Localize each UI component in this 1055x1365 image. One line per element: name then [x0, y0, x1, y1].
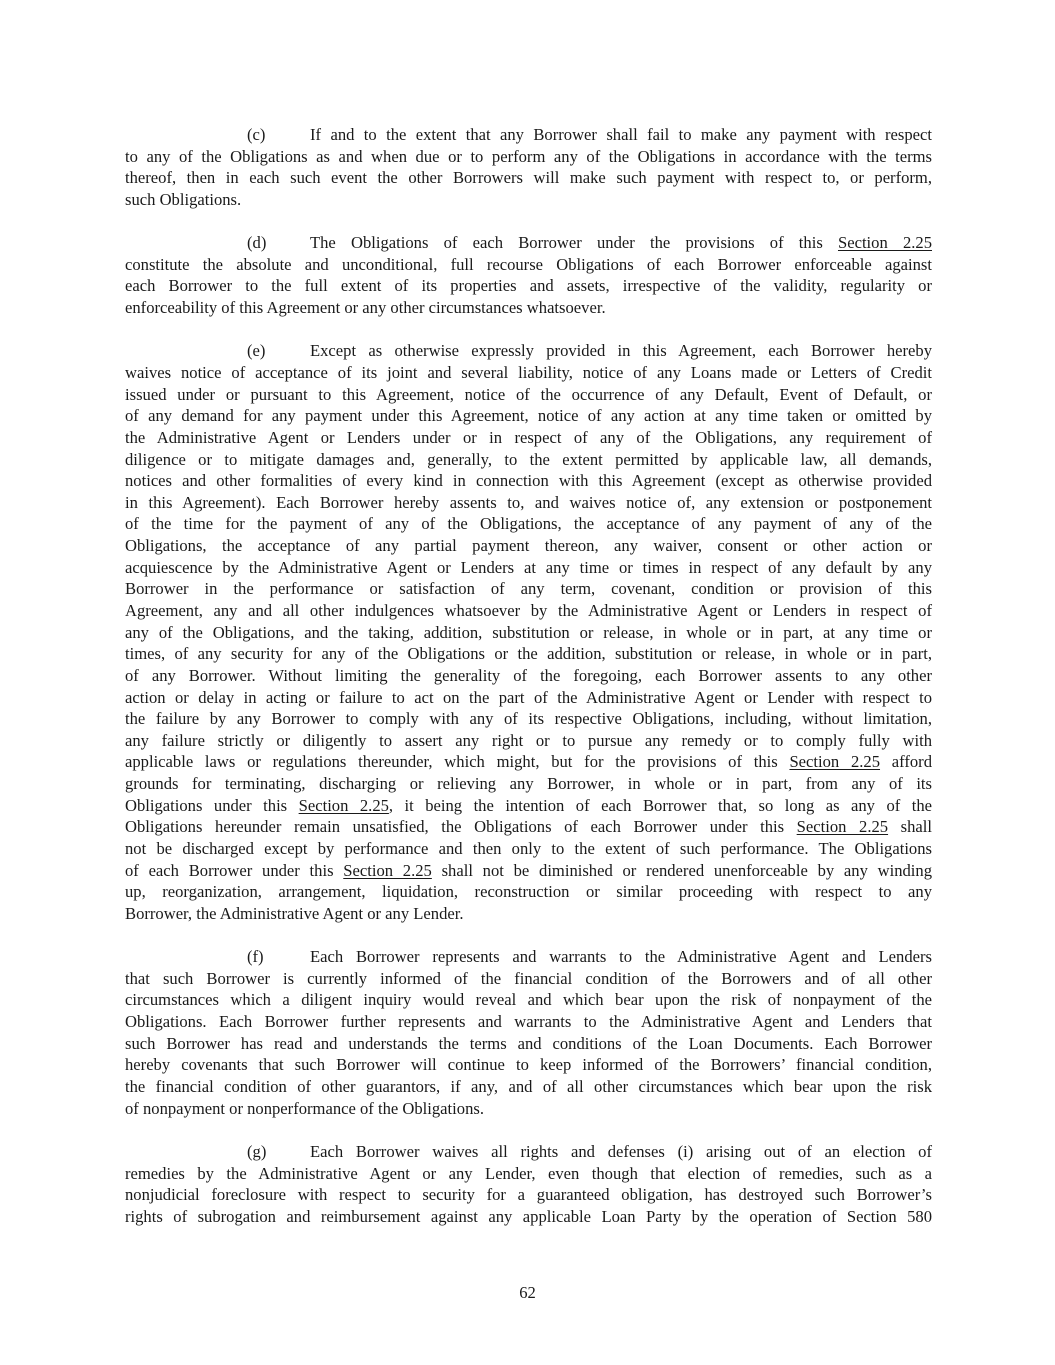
- text-line: enforceability of this Agreement or any …: [125, 297, 932, 319]
- text-line: the failure by any Borrower to comply wi…: [125, 708, 932, 730]
- line-text: The Obligations of each Borrower under t…: [310, 233, 838, 252]
- paragraph-label: (c): [247, 124, 310, 146]
- text-line: times, of any security for any of the Ob…: [125, 643, 932, 665]
- line-text: shall not be diminished or rendered unen…: [432, 861, 932, 880]
- line-text: Each Borrower represents and warrants to…: [310, 947, 932, 966]
- line-text: Obligations under this: [125, 796, 299, 815]
- paragraph-label: (f): [247, 946, 310, 968]
- line-text: such Obligations.: [125, 190, 241, 209]
- text-line: such Obligations.: [125, 189, 932, 211]
- line-text: Borrower, the Administrative Agent or an…: [125, 904, 464, 923]
- document-page: (c)If and to the extent that any Borrowe…: [125, 124, 932, 1249]
- text-line: (g)Each Borrower waives all rights and d…: [125, 1141, 932, 1163]
- line-text: any of the Obligations, and the taking, …: [125, 623, 932, 642]
- line-text: , it being the intention of each Borrowe…: [389, 796, 932, 815]
- paragraph-f: (f)Each Borrower represents and warrants…: [125, 946, 932, 1119]
- section-cross-reference: Section 2.25: [343, 861, 432, 880]
- line-text: If and to the extent that any Borrower s…: [310, 125, 932, 144]
- text-line: of any demand for any payment under this…: [125, 405, 932, 427]
- line-text: remedies by the Administrative Agent or …: [125, 1164, 932, 1183]
- line-text: grounds for terminating, discharging or …: [125, 774, 932, 793]
- text-line: action or delay in acting or failure to …: [125, 687, 932, 709]
- text-line: diligence or to mitigate damages and, ge…: [125, 449, 932, 471]
- text-line: not be discharged except by performance …: [125, 838, 932, 860]
- text-line: (c)If and to the extent that any Borrowe…: [125, 124, 932, 146]
- text-line: the financial condition of other guarant…: [125, 1076, 932, 1098]
- section-cross-reference: Section 2.25: [789, 752, 880, 771]
- text-line: of each Borrower under this Section 2.25…: [125, 860, 932, 882]
- line-text: issued under or pursuant to this Agreeme…: [125, 385, 932, 404]
- line-text: notices and other formalities of every k…: [125, 471, 932, 490]
- text-line: waives notice of acceptance of its joint…: [125, 362, 932, 384]
- paragraph-label: (d): [247, 232, 310, 254]
- text-line: grounds for terminating, discharging or …: [125, 773, 932, 795]
- line-text: circumstances which a diligent inquiry w…: [125, 990, 932, 1009]
- line-text: any failure strictly or diligently to as…: [125, 731, 932, 750]
- line-text: acquiescence by the Administrative Agent…: [125, 558, 932, 577]
- text-line: the Administrative Agent or Lenders unde…: [125, 427, 932, 449]
- text-line: of the time for the payment of any of th…: [125, 513, 932, 535]
- paragraph-c: (c)If and to the extent that any Borrowe…: [125, 124, 932, 211]
- text-line: remedies by the Administrative Agent or …: [125, 1163, 932, 1185]
- line-text: diligence or to mitigate damages and, ge…: [125, 450, 932, 469]
- section-cross-reference: Section 2.25: [299, 796, 389, 815]
- section-cross-reference: Section 2.25: [838, 233, 932, 252]
- text-line: hereby covenants that such Borrower will…: [125, 1054, 932, 1076]
- page-number: 62: [0, 1282, 1055, 1303]
- text-line: each Borrower to the full extent of its …: [125, 275, 932, 297]
- line-text: Borrower in the performance or satisfact…: [125, 579, 932, 598]
- line-text: that such Borrower is currently informed…: [125, 969, 932, 988]
- line-text: Obligations hereunder remain unsatisfied…: [125, 817, 797, 836]
- line-text: of the time for the payment of any of th…: [125, 514, 932, 533]
- line-text: of nonpayment or nonperformance of the O…: [125, 1099, 484, 1118]
- line-text: the financial condition of other guarant…: [125, 1077, 932, 1096]
- line-text: Obligations, the acceptance of any parti…: [125, 536, 932, 555]
- text-line: in this Agreement). Each Borrower hereby…: [125, 492, 932, 514]
- line-text: Each Borrower waives all rights and defe…: [310, 1142, 932, 1161]
- line-text: Except as otherwise expressly provided i…: [310, 341, 932, 360]
- text-line: Borrower, the Administrative Agent or an…: [125, 903, 932, 925]
- text-line: up, reorganization, arrangement, liquida…: [125, 881, 932, 903]
- line-text: nonjudicial foreclosure with respect to …: [125, 1185, 932, 1204]
- line-text: action or delay in acting or failure to …: [125, 688, 932, 707]
- line-text: the Administrative Agent or Lenders unde…: [125, 428, 932, 447]
- text-line: circumstances which a diligent inquiry w…: [125, 989, 932, 1011]
- text-line: such Borrower has read and understands t…: [125, 1033, 932, 1055]
- text-line: that such Borrower is currently informed…: [125, 968, 932, 990]
- paragraph-g: (g)Each Borrower waives all rights and d…: [125, 1141, 932, 1228]
- line-text: shall: [888, 817, 932, 836]
- section-cross-reference: Section 2.25: [797, 817, 888, 836]
- text-line: thereof, then in each such event the oth…: [125, 167, 932, 189]
- line-text: each Borrower to the full extent of its …: [125, 276, 932, 295]
- text-line: (f)Each Borrower represents and warrants…: [125, 946, 932, 968]
- text-line: rights of subrogation and reimbursement …: [125, 1206, 932, 1228]
- paragraph-label: (e): [247, 340, 310, 362]
- text-line: (d)The Obligations of each Borrower unde…: [125, 232, 932, 254]
- text-line: Obligations under this Section 2.25, it …: [125, 795, 932, 817]
- line-text: up, reorganization, arrangement, liquida…: [125, 882, 932, 901]
- line-text: applicable laws or regulations thereunde…: [125, 752, 789, 771]
- paragraph-e: (e)Except as otherwise expressly provide…: [125, 340, 932, 924]
- text-line: of nonpayment or nonperformance of the O…: [125, 1098, 932, 1120]
- line-text: not be discharged except by performance …: [125, 839, 932, 858]
- line-text: afford: [880, 752, 932, 771]
- line-text: of each Borrower under this: [125, 861, 343, 880]
- line-text: thereof, then in each such event the oth…: [125, 168, 932, 187]
- text-line: applicable laws or regulations thereunde…: [125, 751, 932, 773]
- text-line: Obligations, the acceptance of any parti…: [125, 535, 932, 557]
- text-line: to any of the Obligations as and when du…: [125, 146, 932, 168]
- text-line: nonjudicial foreclosure with respect to …: [125, 1184, 932, 1206]
- line-text: waives notice of acceptance of its joint…: [125, 363, 932, 382]
- text-line: constitute the absolute and unconditiona…: [125, 254, 932, 276]
- text-line: Obligations hereunder remain unsatisfied…: [125, 816, 932, 838]
- text-line: any failure strictly or diligently to as…: [125, 730, 932, 752]
- text-line: issued under or pursuant to this Agreeme…: [125, 384, 932, 406]
- line-text: in this Agreement). Each Borrower hereby…: [125, 493, 932, 512]
- line-text: of any demand for any payment under this…: [125, 406, 932, 425]
- line-text: constitute the absolute and unconditiona…: [125, 255, 932, 274]
- text-line: Obligations. Each Borrower further repre…: [125, 1011, 932, 1033]
- line-text: rights of subrogation and reimbursement …: [125, 1207, 932, 1226]
- line-text: enforceability of this Agreement or any …: [125, 298, 606, 317]
- text-line: Borrower in the performance or satisfact…: [125, 578, 932, 600]
- paragraph-d: (d)The Obligations of each Borrower unde…: [125, 232, 932, 319]
- line-text: such Borrower has read and understands t…: [125, 1034, 932, 1053]
- line-text: Obligations. Each Borrower further repre…: [125, 1012, 932, 1031]
- text-line: of any Borrower. Without limiting the ge…: [125, 665, 932, 687]
- text-line: (e)Except as otherwise expressly provide…: [125, 340, 932, 362]
- text-line: notices and other formalities of every k…: [125, 470, 932, 492]
- line-text: of any Borrower. Without limiting the ge…: [125, 666, 932, 685]
- line-text: to any of the Obligations as and when du…: [125, 147, 932, 166]
- line-text: times, of any security for any of the Ob…: [125, 644, 932, 663]
- text-line: acquiescence by the Administrative Agent…: [125, 557, 932, 579]
- text-line: any of the Obligations, and the taking, …: [125, 622, 932, 644]
- line-text: the failure by any Borrower to comply wi…: [125, 709, 932, 728]
- text-line: Agreement, any and all other indulgences…: [125, 600, 932, 622]
- line-text: Agreement, any and all other indulgences…: [125, 601, 932, 620]
- line-text: hereby covenants that such Borrower will…: [125, 1055, 932, 1074]
- paragraph-label: (g): [247, 1141, 310, 1163]
